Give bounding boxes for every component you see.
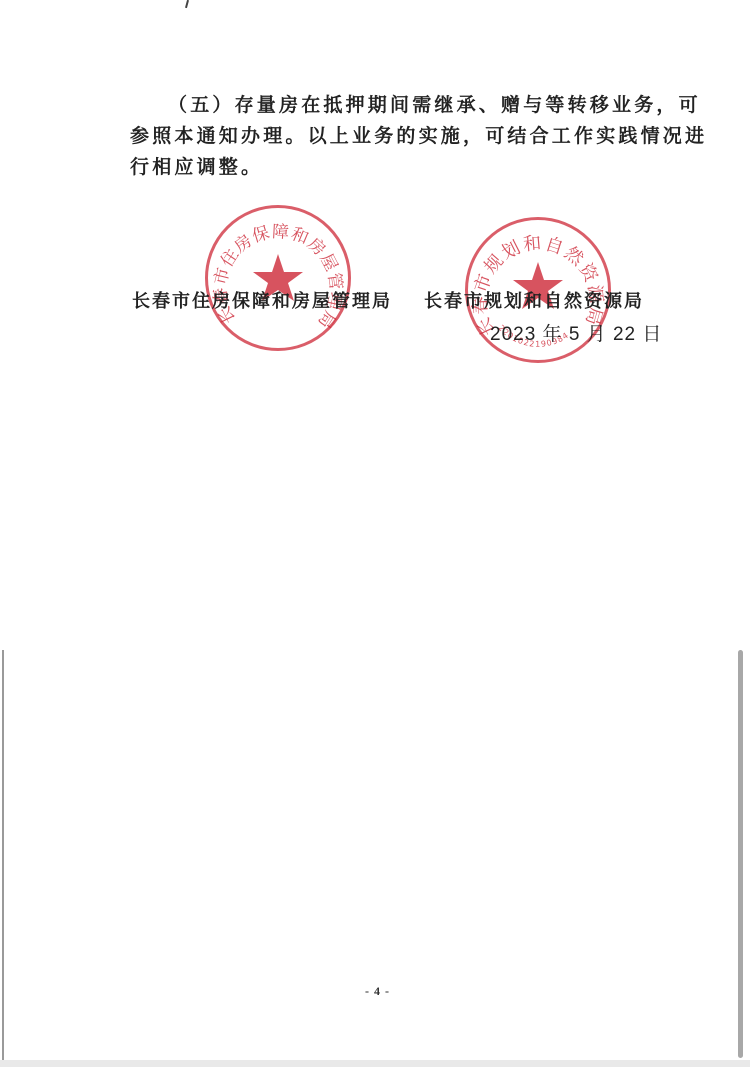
paragraph-item-five: （五）存量房在抵押期间需继承、赠与等转移业务，可 参照本通知办理。以上业务的实施… — [130, 90, 660, 183]
bottom-edge — [0, 1060, 750, 1067]
signature-planning-bureau: 长春市规划和自然资源局 — [424, 287, 644, 313]
paragraph-line-2: 参照本通知办理。以上业务的实施，可结合工作实践情况进 — [130, 121, 660, 152]
issue-date: 2023 年 5 月 22 日 — [490, 319, 662, 346]
paragraph-line-3: 行相应调整。 — [130, 152, 660, 183]
page-number: - 4 - — [365, 984, 390, 999]
signature-housing-bureau: 长春市住房保障和房屋管理局 — [132, 287, 392, 313]
vertical-scrollbar[interactable] — [738, 650, 743, 1058]
document-page: （五）存量房在抵押期间需继承、赠与等转移业务，可 参照本通知办理。以上业务的实施… — [0, 0, 750, 1067]
official-seal-housing-bureau: 长春市住房保障和房屋管理局 — [205, 205, 351, 351]
paragraph-line-1: （五）存量房在抵押期间需继承、赠与等转移业务，可 — [130, 90, 660, 121]
page-edge-shadow — [2, 650, 4, 1060]
scan-speck — [185, 0, 189, 8]
